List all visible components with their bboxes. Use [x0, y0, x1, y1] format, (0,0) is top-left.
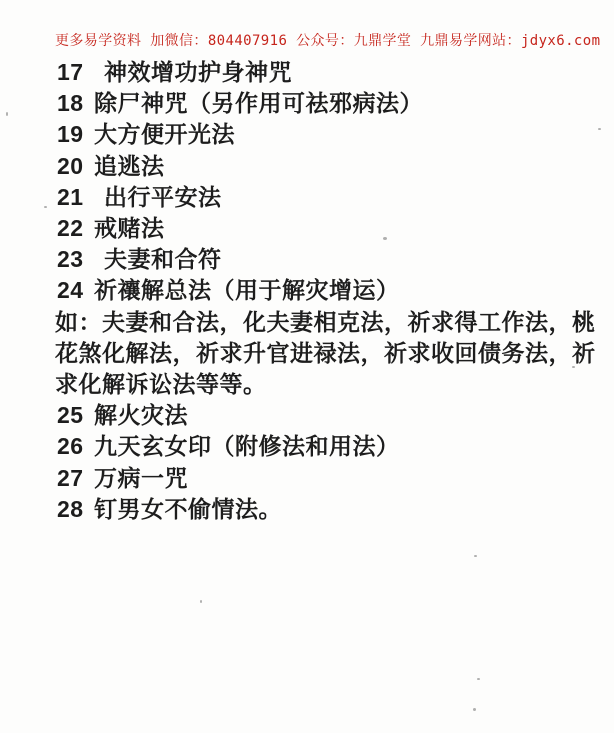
- item-number: 24: [57, 275, 85, 306]
- toc-item: 19大方便开光法: [57, 119, 613, 150]
- item-title: 大方便开光法: [94, 119, 235, 150]
- item-number: 17: [57, 57, 85, 88]
- scan-speck: [473, 708, 476, 711]
- item-number: 21: [57, 182, 85, 213]
- item-number: 19: [57, 119, 85, 150]
- toc-item: 20追逃法: [57, 151, 613, 182]
- toc-item: 21出行平安法: [57, 182, 613, 213]
- toc-item: 26九天玄女印（附修法和用法）: [57, 431, 613, 462]
- item-number: 20: [57, 151, 85, 182]
- toc-item: 24祈禳解总法（用于解灾增运）: [57, 275, 613, 306]
- toc-item: 25解火灾法: [57, 400, 613, 431]
- toc-item: 27万病一咒: [57, 463, 613, 494]
- item-title: 追逃法: [94, 151, 165, 182]
- item-number: 23: [57, 244, 85, 275]
- item-number: 26: [57, 431, 85, 462]
- scan-speck: [477, 678, 480, 680]
- item-title: 九天玄女印（附修法和用法）: [94, 431, 400, 462]
- toc-item: 17神效增功护身神咒: [57, 57, 613, 88]
- item-title: 戒赌法: [94, 213, 165, 244]
- item-title: 除尸神咒（另作用可祛邪病法）: [94, 88, 423, 119]
- item-title: 神效增功护身神咒: [104, 57, 292, 88]
- item-title: 祈禳解总法（用于解灾增运）: [94, 275, 400, 306]
- item-title: 夫妻和合符: [104, 244, 222, 275]
- toc-item: 18除尸神咒（另作用可祛邪病法）: [57, 88, 613, 119]
- item-number: 22: [57, 213, 85, 244]
- scanned-page: 更多易学资料 加微信：804407916 公众号：九鼎学堂 九鼎易学网站：jdy…: [0, 0, 614, 733]
- scan-speck: [598, 128, 601, 130]
- toc-list: 17神效增功护身神咒18除尸神咒（另作用可祛邪病法）19大方便开光法20追逃法2…: [57, 57, 613, 525]
- watermark-header: 更多易学资料 加微信：804407916 公众号：九鼎学堂 九鼎易学网站：jdy…: [55, 30, 600, 50]
- item-title: 钉男女不偷情法。: [94, 494, 282, 525]
- item-number: 25: [57, 400, 85, 431]
- toc-paragraph: 如：夫妻和合法，化夫妻相克法，祈求得工作法，桃花煞化解法，祈求升官进禄法，祈求收…: [55, 307, 607, 401]
- item-number: 18: [57, 88, 85, 119]
- scan-speck: [474, 555, 477, 557]
- scan-speck: [273, 70, 276, 73]
- toc-item: 22戒赌法: [57, 213, 613, 244]
- scan-speck: [44, 206, 47, 208]
- scan-speck: [572, 366, 575, 368]
- item-title: 出行平安法: [104, 182, 222, 213]
- item-title: 解火灾法: [94, 400, 188, 431]
- scan-speck: [200, 600, 202, 603]
- scan-speck: [383, 237, 387, 240]
- scan-speck: [6, 112, 8, 116]
- item-number: 28: [57, 494, 85, 525]
- toc-item: 23夫妻和合符: [57, 244, 613, 275]
- item-number: 27: [57, 463, 85, 494]
- toc-item: 28钉男女不偷情法。: [57, 494, 613, 525]
- item-title: 万病一咒: [94, 463, 188, 494]
